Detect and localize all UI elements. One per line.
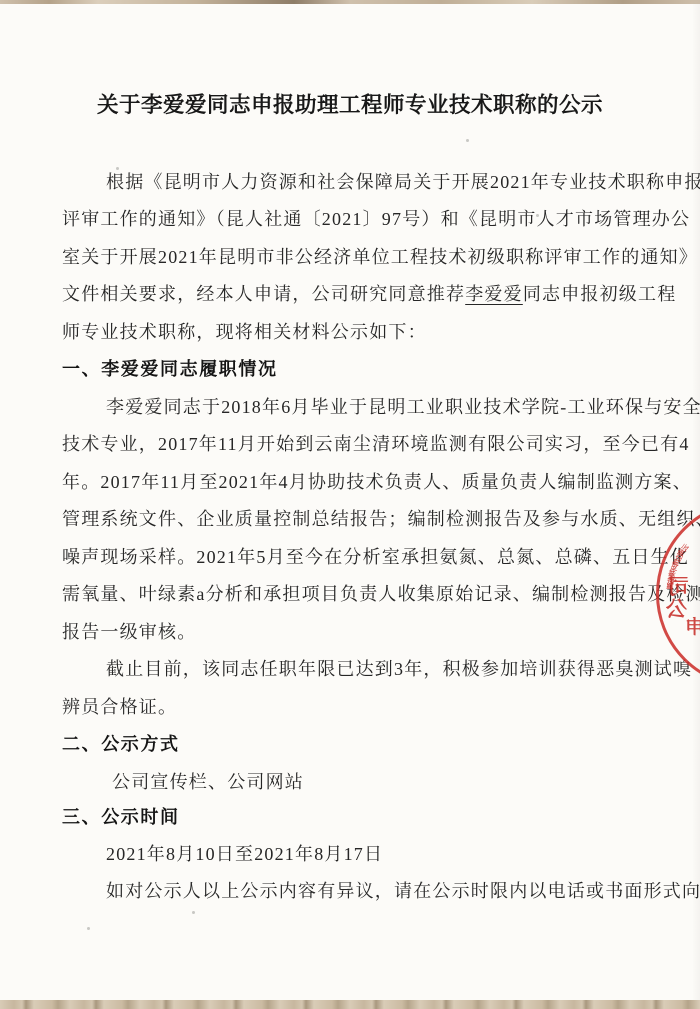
- text-line: 2021年8月10日至2021年8月17日: [106, 845, 383, 863]
- scan-edge-top: [0, 0, 700, 4]
- seal-mirrored-char: 司: [668, 577, 689, 598]
- text-line: 年。2017年11月至2021年4月协助技术负责人、质量负责人编制监测方案、: [62, 473, 692, 491]
- text-line: 噪声现场采样。2021年5月至今在分析室承担氨氮、总氮、总磷、五日生化: [62, 548, 689, 566]
- document-title: 关于李爱爱同志申报助理工程师专业技术职称的公示: [0, 93, 700, 119]
- speck: [192, 911, 195, 914]
- text-line: 报告一级审核。: [62, 623, 196, 641]
- section-heading: 一、李爱爱同志履职情况: [62, 360, 278, 378]
- section-heading: 三、公示时间: [62, 808, 180, 826]
- text-line: 截止目前，该同志任职年限已达到3年，积极参加培训获得恶臭测试嗅: [106, 660, 692, 678]
- text-line: 辨员合格证。: [62, 698, 177, 716]
- text-line: 如对公示人以上公示内容有异议，请在公示时限内以电话或书面形式向: [106, 882, 700, 900]
- text-line: 评审工作的通知》（昆人社通〔2021〕97号）和《昆明市人才市场管理办公: [62, 210, 690, 228]
- seal-mirrored-char: 公: [666, 599, 687, 620]
- scan-edge-right-shadow: [692, 0, 700, 1009]
- text-line: 文件相关要求，经本人申请，公司研究同意推荐李爱爱同志申报初级工程: [62, 285, 676, 303]
- speck: [87, 927, 90, 930]
- text-line: 管理系统文件、企业质量控制总结报告；编制检测报告及参与水质、无组织、: [62, 510, 700, 528]
- scanned-document-page: { "page": { "background": "#fcfbf8", "to…: [0, 0, 700, 1009]
- underlined-name: 李爱爱: [465, 284, 523, 304]
- text-line: 根据《昆明市人力资源和社会保障局关于开展2021年专业技术职称申报: [106, 173, 700, 191]
- seal-mirrored-char: 申: [685, 618, 700, 637]
- text-line: 技术专业，2017年11月开始到云南尘清环境监测有限公司实习，至今已有4: [62, 435, 690, 453]
- text-line: 李爱爱同志于2018年6月毕业于昆明工业职业技术学院-工业环保与安全: [106, 398, 700, 416]
- scan-edge-bottom: [0, 1000, 700, 1009]
- text-line: 室关于开展2021年昆明市非公经济单位工程技术初级职称评审工作的通知》: [62, 248, 698, 266]
- section-heading: 二、公示方式: [62, 735, 180, 753]
- speck: [536, 214, 539, 217]
- speck: [466, 139, 469, 142]
- text-line: 公司宣传栏、公司网站: [112, 773, 304, 791]
- text-line: 需氧量、叶绿素a分析和承担项目负责人收集原始记录、编制检测报告及检测: [62, 585, 700, 603]
- speck: [116, 167, 119, 170]
- text-line: 师专业技术职称，现将相关材料公示如下：: [62, 323, 427, 341]
